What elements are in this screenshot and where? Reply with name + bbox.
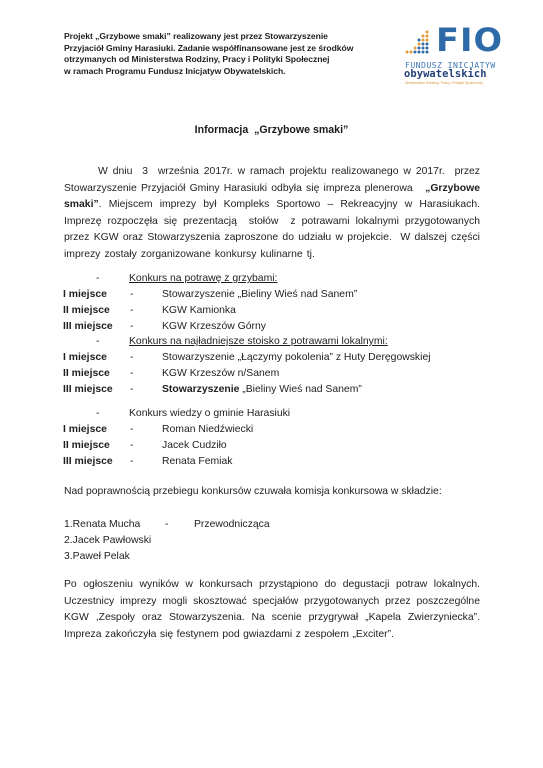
committee-intro: Nad poprawnością przebiegu konkursów czu… — [64, 484, 480, 501]
place-row: I miejsce - Roman Niedźwiecki — [0, 422, 543, 438]
member-dash: - — [165, 517, 168, 533]
funding-note-line: w ramach Programu Fundusz Inicjatyw Obyw… — [64, 66, 384, 78]
place-label: I miejsce — [63, 422, 107, 438]
winner-bold-text: Stowarzyszenie — [162, 384, 239, 395]
contest-heading: - Konkurs wiedzy o gminie Harasiuki — [0, 406, 543, 422]
place-winner: KGW Krzeszów Górny — [162, 319, 266, 335]
place-row: I miejsce - Stowarzyszenie „Łączymy poko… — [0, 350, 543, 366]
intro-paragraph: W dniu 3 września 2017r. w ramach projek… — [64, 164, 480, 264]
member-name: 3.Paweł Pelak — [64, 549, 130, 565]
place-dash: - — [130, 382, 133, 398]
place-dash: - — [130, 287, 133, 303]
place-dash: - — [130, 438, 133, 454]
contest-heading: - Konkurs na potrawę z grzybami: — [0, 271, 543, 287]
committee-member: 3.Paweł Pelak — [64, 549, 484, 565]
place-winner: Jacek Cudziło — [162, 438, 227, 454]
winner-text: KGW Krzeszów Górny — [162, 321, 266, 332]
bullet-dash: - — [96, 334, 99, 350]
place-row: II miejsce - KGW Kamionka — [0, 303, 543, 319]
committee-member: 1.Renata Mucha - Przewodnicząca — [64, 517, 484, 533]
place-row: I miejsce - Stowarzyszenie „Bieliny Wieś… — [0, 287, 543, 303]
contest-title: Konkurs na potrawę z grzybami: — [129, 271, 277, 287]
funding-note-line: Przyjaciół Gminy Harasiuki. Zadanie wspó… — [64, 43, 384, 55]
funding-note-line: otrzymanych od Ministerstwa Rodziny, Pra… — [64, 54, 384, 66]
contest-title: Konkurs na najładniejsze stoisko z potra… — [129, 334, 388, 350]
winner-text: Roman Niedźwiecki — [162, 424, 253, 435]
place-label: I miejsce — [63, 287, 107, 303]
place-label: II miejsce — [63, 303, 110, 319]
winner-text: KGW Kamionka — [162, 305, 236, 316]
place-winner: Roman Niedźwiecki — [162, 422, 253, 438]
winner-text: Stowarzyszenie „Bieliny Wieś nad Sanem” — [162, 289, 357, 300]
fio-acronym: FIO — [436, 22, 503, 58]
place-winner: KGW Kamionka — [162, 303, 236, 319]
place-dash: - — [130, 350, 133, 366]
logo-civic-name: obywatelskich — [404, 69, 487, 80]
place-dash: - — [130, 319, 133, 335]
fio-dots-icon — [404, 30, 430, 56]
logo-ministry-name: Ministerstwo Rodziny, Pracy i Polityki S… — [405, 81, 483, 85]
member-role: Przewodnicząca — [194, 517, 270, 533]
member-name: 1.Renata Mucha — [64, 517, 140, 533]
fio-logo: FIO Fundusz Inicjatyw obywatelskich Mini… — [404, 24, 514, 88]
place-label: III miejsce — [63, 382, 113, 398]
place-label: III miejsce — [63, 454, 113, 470]
committee-list: 1.Renata Mucha - Przewodnicząca 2.Jacek … — [64, 517, 484, 564]
place-winner: Stowarzyszenie „Bieliny Wieś nad Sanem” — [162, 287, 357, 303]
intro-text-1: W dniu 3 września 2017r. w ramach projek… — [64, 166, 480, 194]
place-winner: KGW Krzeszów n/Sanem — [162, 366, 279, 382]
place-row: III miejsce - KGW Krzeszów Górny — [0, 319, 543, 335]
contest-local-knowledge: - Konkurs wiedzy o gminie Harasiuki I mi… — [0, 406, 543, 469]
winner-text: Stowarzyszenie „Łączymy pokolenia” z Hut… — [162, 352, 431, 363]
place-row: II miejsce - Jacek Cudziło — [0, 438, 543, 454]
document-page: Projekt „Grzybowe smaki” realizowany jes… — [0, 0, 543, 768]
place-dash: - — [130, 422, 133, 438]
place-label: III miejsce — [63, 319, 113, 335]
place-row: III miejsce - Stowarzyszenie „Bieliny Wi… — [0, 382, 543, 398]
place-label: I miejsce — [63, 350, 107, 366]
place-dash: - — [130, 454, 133, 470]
contest-best-stand: - Konkurs na najładniejsze stoisko z pot… — [0, 334, 543, 397]
bullet-dash: - — [96, 406, 99, 422]
winner-text: Renata Femiak — [162, 456, 232, 467]
bullet-dash: - — [96, 271, 99, 287]
funding-note: Projekt „Grzybowe smaki” realizowany jes… — [64, 31, 384, 77]
place-dash: - — [130, 303, 133, 319]
contest-title: Konkurs wiedzy o gminie Harasiuki — [129, 406, 290, 422]
funding-note-line: Projekt „Grzybowe smaki” realizowany jes… — [64, 31, 384, 43]
place-row: II miejsce - KGW Krzeszów n/Sanem — [0, 366, 543, 382]
place-label: II miejsce — [63, 438, 110, 454]
intro-text-2: . Miejscem imprezy był Kompleks Sportowo… — [64, 199, 480, 260]
member-name: 2.Jacek Pawłowski — [64, 533, 151, 549]
document-title: Informacja „Grzybowe smaki” — [0, 124, 543, 137]
place-row: III miejsce - Renata Femiak — [0, 454, 543, 470]
place-winner: Stowarzyszenie „Bieliny Wieś nad Sanem” — [162, 382, 362, 398]
place-winner: Stowarzyszenie „Łączymy pokolenia” z Hut… — [162, 350, 431, 366]
place-dash: - — [130, 366, 133, 382]
committee-member: 2.Jacek Pawłowski — [64, 533, 484, 549]
contest-mushroom-dish: - Konkurs na potrawę z grzybami: I miejs… — [0, 271, 543, 334]
contest-heading: - Konkurs na najładniejsze stoisko z pot… — [0, 334, 543, 350]
winner-text: KGW Krzeszów n/Sanem — [162, 368, 279, 379]
place-label: II miejsce — [63, 366, 110, 382]
closing-paragraph: Po ogłoszeniu wyników w konkursach przys… — [64, 577, 480, 643]
winner-text: „Bieliny Wieś nad Sanem” — [239, 384, 361, 395]
winner-text: Jacek Cudziło — [162, 440, 227, 451]
place-winner: Renata Femiak — [162, 454, 232, 470]
